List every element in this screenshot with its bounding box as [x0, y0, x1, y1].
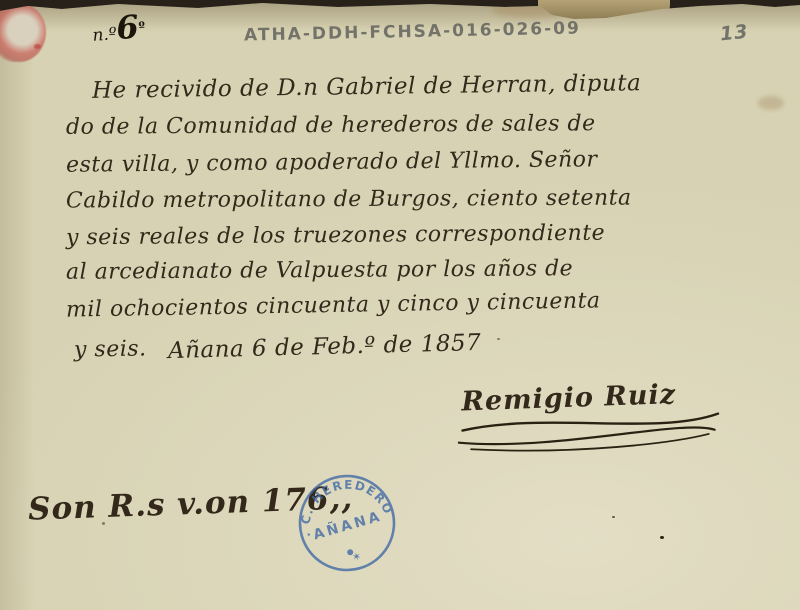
dateline: Añana 6 de Feb.º de 1857	[168, 330, 482, 364]
body-line: mil ochocientos cincuenta y cinco y cinc…	[66, 288, 601, 322]
body-line: Cabildo metropolitano de Burgos, ciento …	[66, 186, 632, 214]
body-line: y seis reales de los truezones correspon…	[66, 221, 605, 251]
document-number-ordinal: º	[138, 20, 146, 35]
wax-seal-residue	[0, 4, 46, 62]
paper-stain	[758, 96, 784, 110]
signature-flourish	[456, 407, 727, 456]
body-line: y seis.	[74, 336, 147, 362]
document-number-prefix: n.º	[92, 24, 118, 46]
signature-block: Remigio Ruiz	[461, 377, 723, 452]
body-line: He recivido de D.n Gabriel de Herran, di…	[92, 70, 642, 104]
body-line: al arcedianato de Valpuesta por los años…	[66, 256, 573, 285]
document-number-value: 6	[115, 8, 140, 47]
stamp-center-text: AÑANA	[311, 507, 384, 543]
document-paper: n.º6º ATHA-DDH-FCHSA-016-026-09 13 He re…	[0, 0, 800, 610]
wax-speck	[34, 44, 41, 49]
body-line: do de la Comunidad de herederos de sales…	[66, 111, 596, 140]
folio-page-number: 13	[719, 21, 750, 46]
body-line: esta villa, y como apoderado del Yllmo. …	[66, 147, 598, 178]
heirs-community-stamp: A. C. HEREDEROS AÑANA ✶	[254, 430, 440, 610]
document-number: n.º6º	[91, 10, 146, 46]
